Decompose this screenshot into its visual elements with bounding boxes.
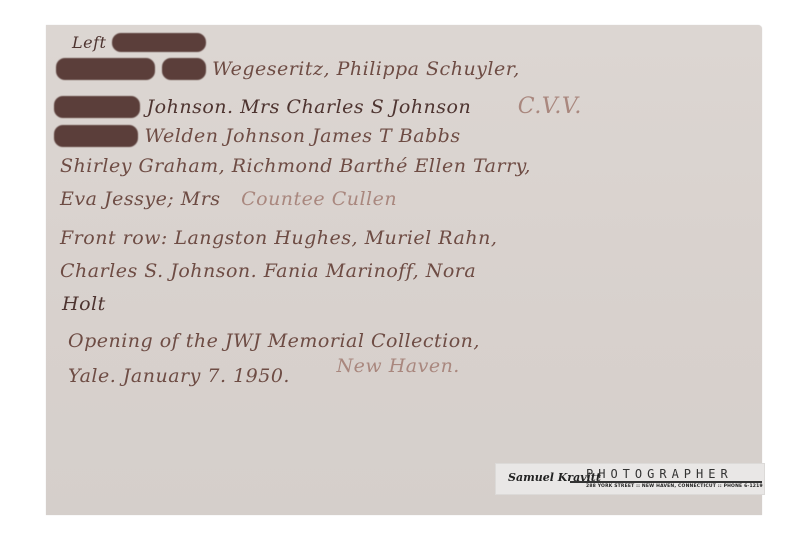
caption-text: New Haven. <box>337 355 460 377</box>
redacted-text: Mrs. Jasu <box>54 125 138 147</box>
caption-text: Countee Cullen <box>241 188 397 210</box>
caption-line-5: Shirley Graham, Richmond Barthé Ellen Ta… <box>60 155 531 177</box>
redacted-text: xxxxxxxx <box>54 96 140 118</box>
redacted-text: xxxxxxxx <box>112 33 206 52</box>
caption-text: Left <box>72 33 106 52</box>
caption-text: C.V.V. <box>518 94 582 119</box>
caption-line-6: Eva Jessye; Mrs Countee Cullen <box>60 188 397 210</box>
stamp-divider <box>570 481 762 483</box>
redacted-text: xxxxxxxx <box>56 58 155 80</box>
caption-line-7: Front row: Langston Hughes, Muriel Rahn, <box>60 227 497 249</box>
caption-text: Shirley Graham, Richmond Barthé Ellen Ta… <box>60 155 531 177</box>
caption-text: Eva Jessye; Mrs <box>60 188 221 210</box>
stamp-title: PHOTOGRAPHER <box>586 467 733 481</box>
caption-text: Johnson. Mrs Charles S Johnson <box>147 96 472 118</box>
caption-text: Front row: Langston Hughes, Muriel Rahn, <box>60 227 497 249</box>
redacted-text: Jan <box>162 58 206 80</box>
caption-line-3: xxxxxxxx Johnson. Mrs Charles S Johnson … <box>54 94 582 119</box>
caption-line-4: Mrs. Jasu Welden Johnson James T Babbs <box>54 125 461 147</box>
caption-line-11: Yale. January 7. 1950. New Haven. <box>68 365 460 387</box>
caption-text: Opening of the JWJ Memorial Collection, <box>68 330 480 352</box>
caption-text: Holt <box>62 293 106 315</box>
photo-verso-card: Left xxxxxxxx xxxxxxxx Jan Wegeseritz, P… <box>46 25 762 515</box>
caption-text: Welden Johnson James T Babbs <box>145 125 461 147</box>
stamp-address: 288 YORK STREET :: NEW HAVEN, CONNECTICU… <box>586 484 763 489</box>
caption-line-9: Holt <box>62 293 106 315</box>
caption-text: Charles S. Johnson. Fania Marinoff, Nora <box>60 260 476 282</box>
caption-line-2: xxxxxxxx Jan Wegeseritz, Philippa Schuyl… <box>56 58 520 80</box>
caption-text: Yale. January 7. 1950. <box>68 365 290 387</box>
caption-line-8: Charles S. Johnson. Fania Marinoff, Nora <box>60 260 476 282</box>
caption-line-1: Left xxxxxxxx <box>72 33 206 52</box>
caption-line-10: Opening of the JWJ Memorial Collection, <box>68 330 480 352</box>
photographer-stamp: Samuel Kravitt PHOTOGRAPHER 288 YORK STR… <box>495 463 765 495</box>
caption-text: Wegeseritz, Philippa Schuyler, <box>212 58 520 80</box>
